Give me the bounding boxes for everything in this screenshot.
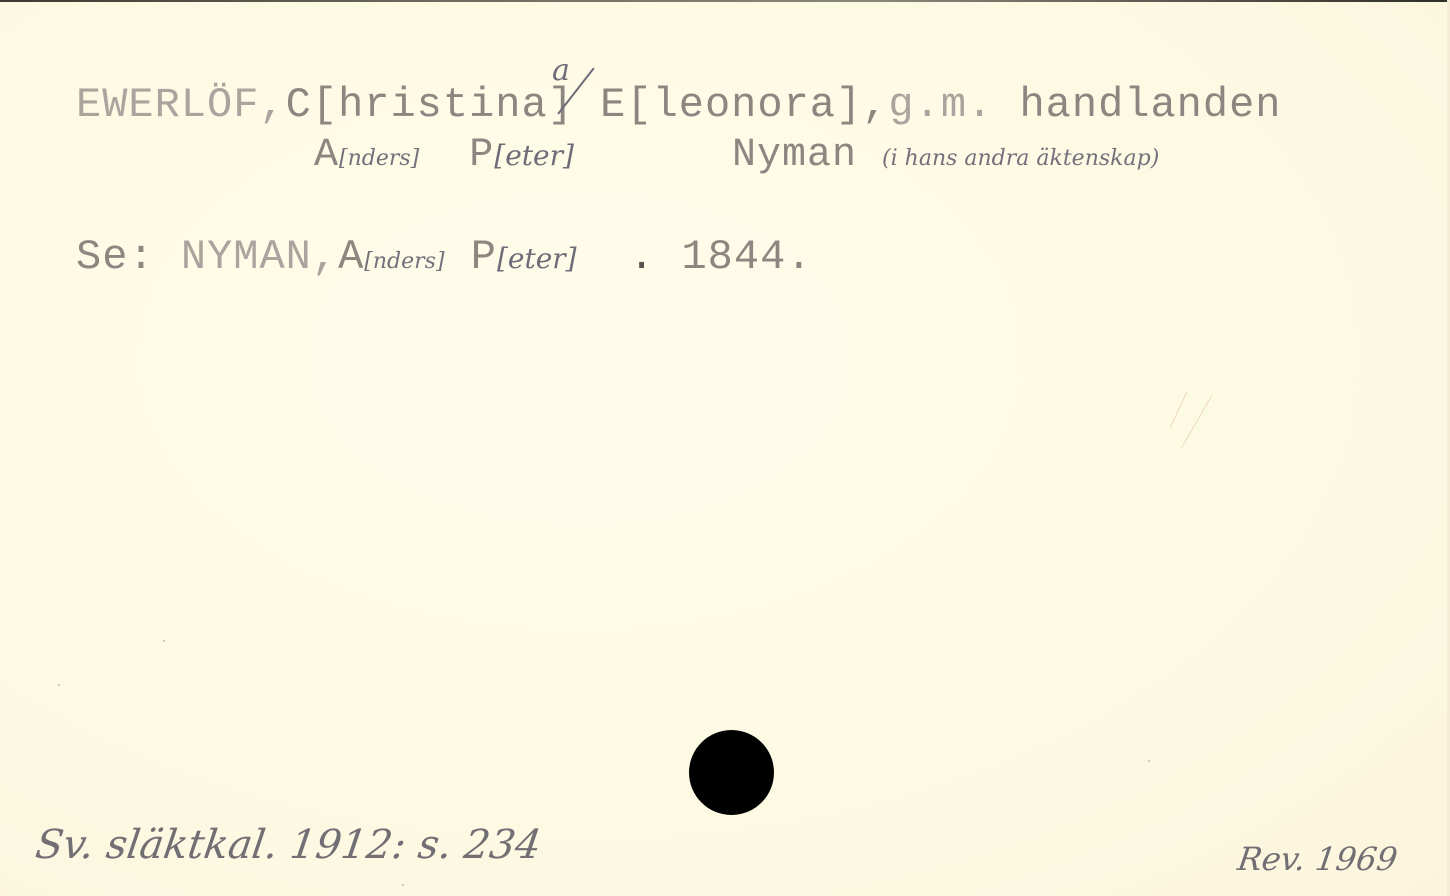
spouse-given1-hand: [nders] [339,146,419,171]
cross-ref-year: 1844. [681,233,812,281]
spouse-initial1: A [314,133,339,178]
entry-given1-rest-b: na [495,81,547,129]
cross-ref-separator: . [629,233,655,281]
cross-ref-label: Se: [76,233,155,281]
entry-given2: E[leonora], [600,81,888,129]
cross-ref-initial2: P [471,233,497,281]
spouse-given2-hand: [eter] [494,139,574,172]
cross-ref-surname: NYMAN, [181,233,338,281]
cross-reference-line: Se: NYMAN,A[nders] P[eter] . 1844. [76,236,813,278]
entry-occupation: handlanden [1019,81,1281,129]
source-reference-note: Sv. släktkal. 1912: s. 234 [33,822,544,868]
spouse-given-names: A[nders] P[eter] [314,136,574,176]
punch-hole [689,730,774,815]
spouse-surname-line: Nyman (i hans andra äktenskap) [732,136,1159,176]
spouse-surname: Nyman [732,133,857,178]
entry-given1-rest-a: hristi [338,81,495,129]
cross-ref-given1-hand: [nders] [364,249,444,274]
paper-fiber [1170,392,1188,429]
correction-letter: a [552,56,570,86]
cross-ref-given2-hand: [eter] [497,242,577,275]
paper-fiber [1181,396,1212,448]
entry-given1-initial: C[ [286,81,338,129]
entry-heading-line: EWERLÖF,C[hristina] E[leonora],g.m. hand… [76,84,1282,126]
spouse-initial2: P [469,133,494,178]
entry-given1-close: ] [548,81,574,129]
marriage-note: (i hans andra äktenskap) [882,146,1159,171]
card-top-edge [0,0,1450,2]
entry-relation: g.m. [888,81,993,129]
cross-ref-initial1: A [338,233,364,281]
entry-surname: EWERLÖF, [76,81,286,129]
index-card: EWERLÖF,C[hristina] E[leonora],g.m. hand… [0,0,1450,896]
revision-note: Rev. 1969 [1235,840,1399,878]
